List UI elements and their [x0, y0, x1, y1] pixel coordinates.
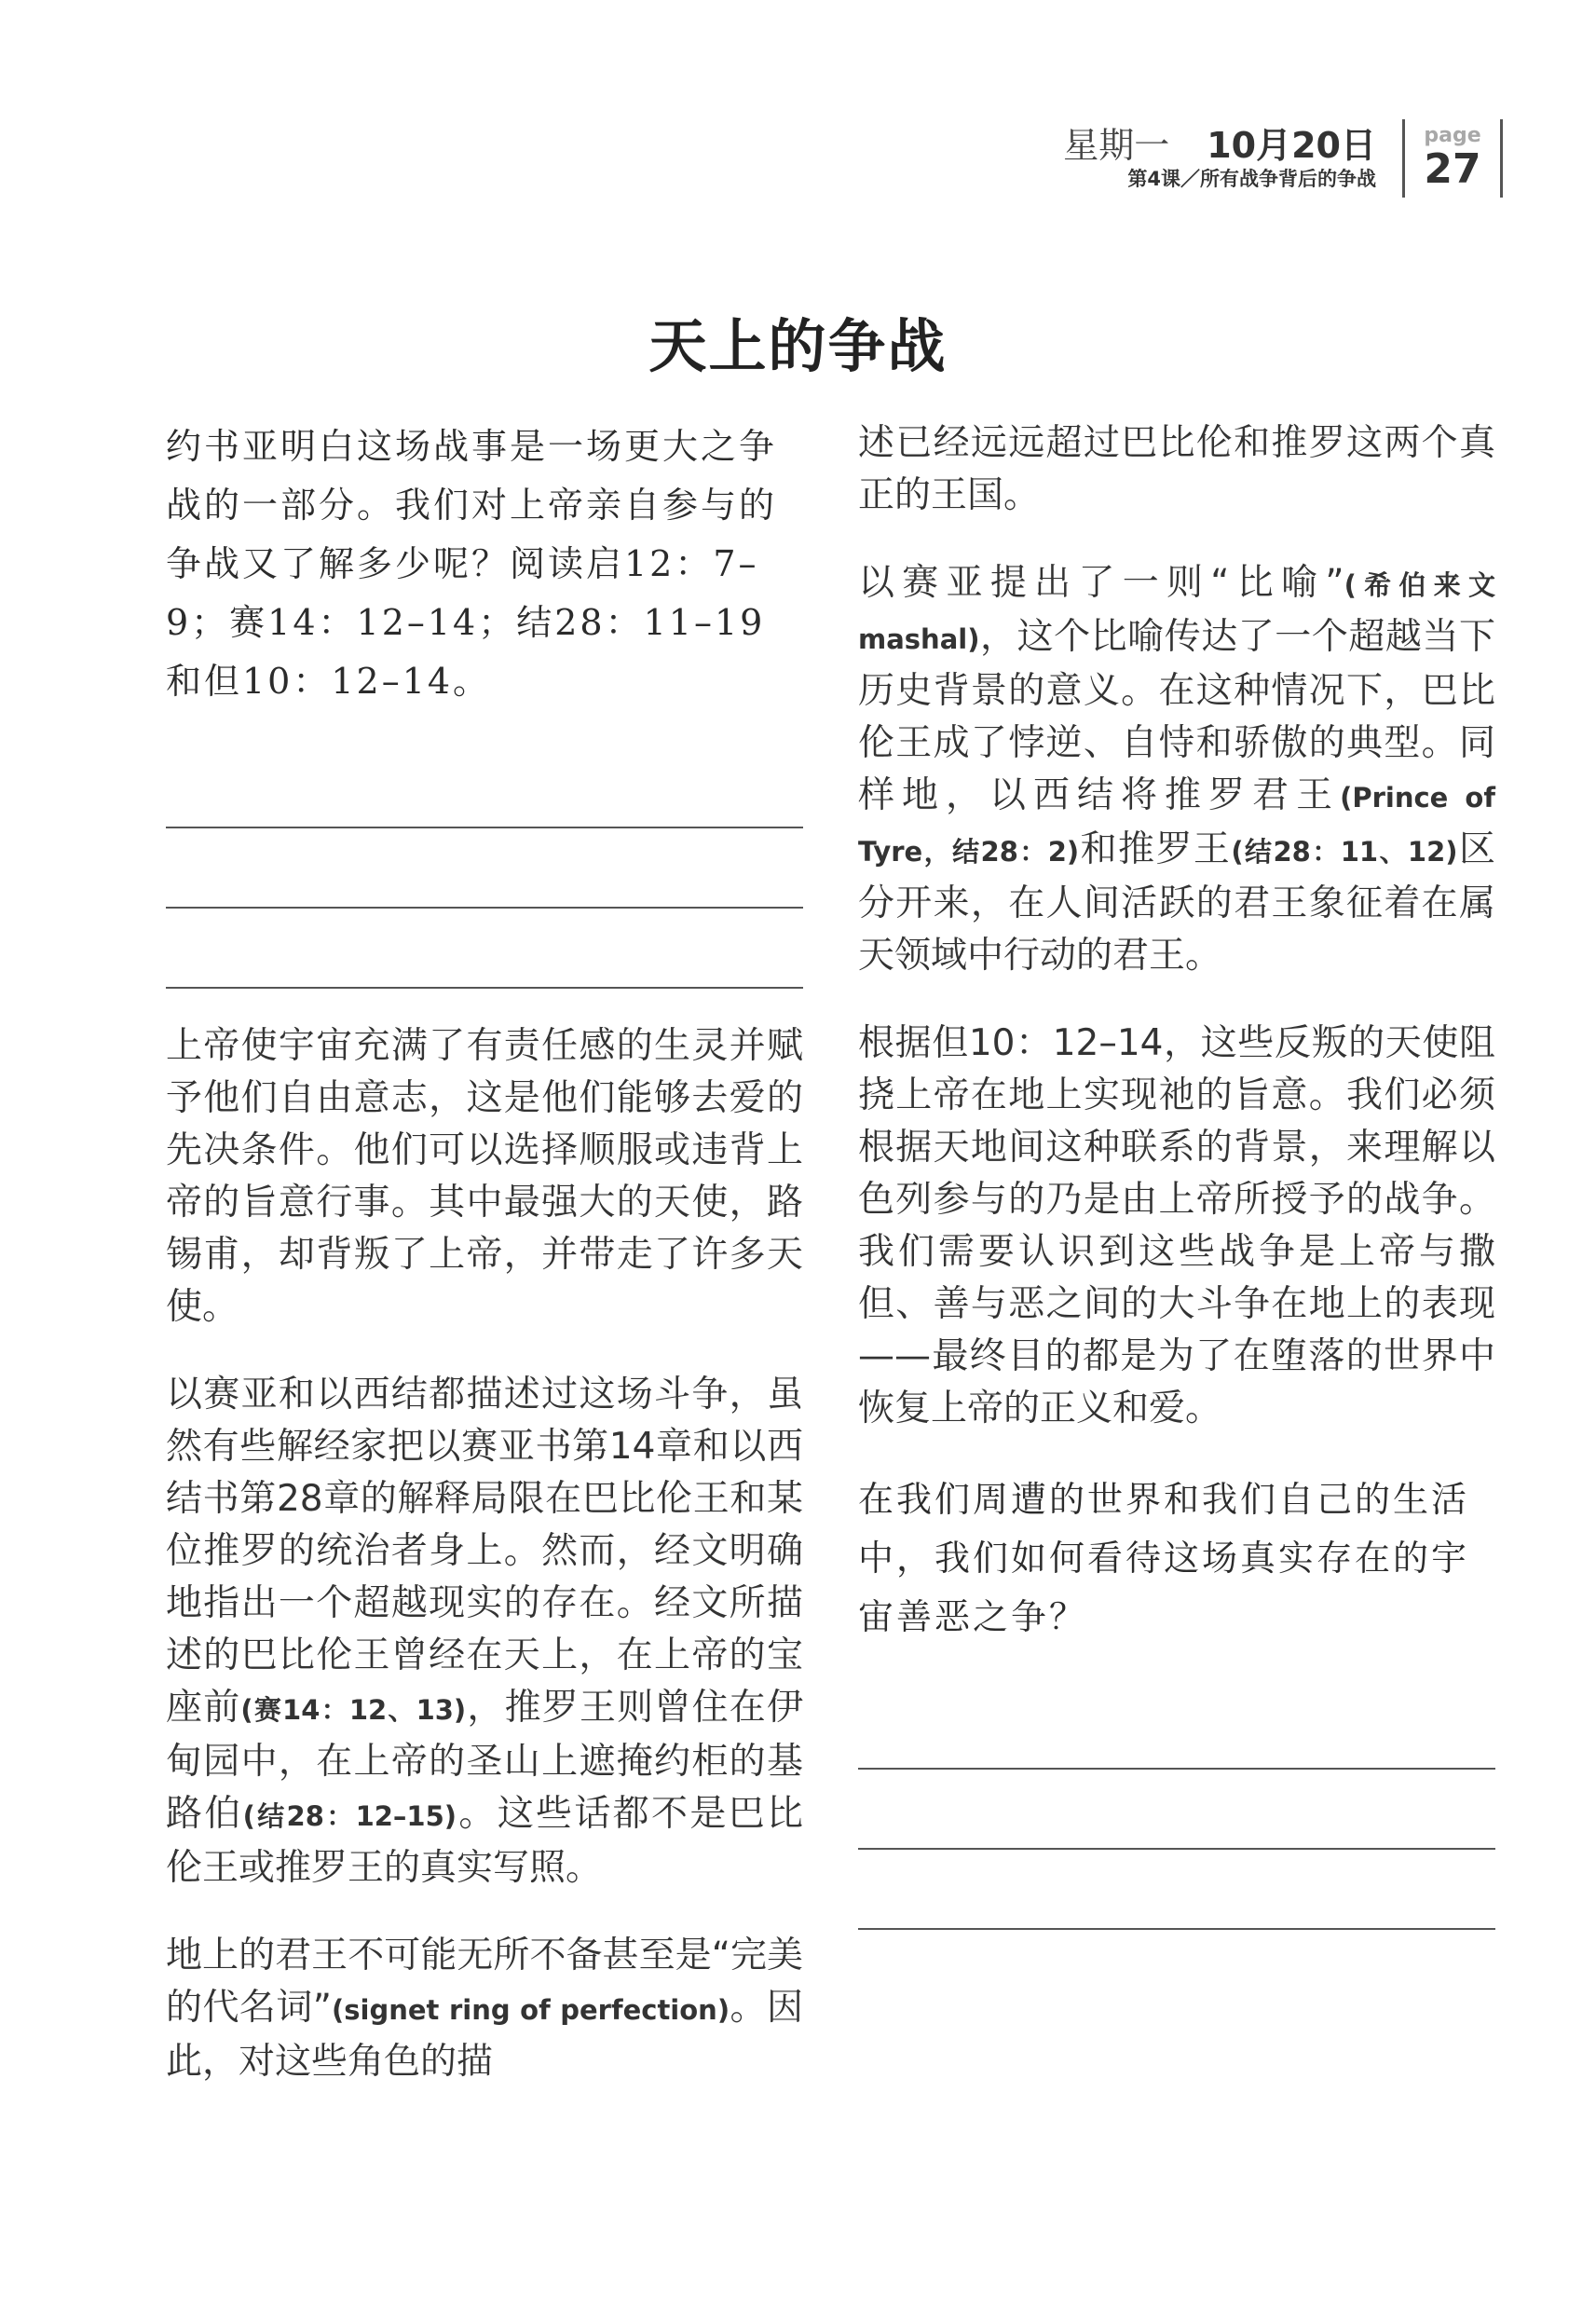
- scripture-reference: (结28：11、12): [1231, 836, 1457, 868]
- paragraph-text: 以赛亚提出了一则“比喻”: [858, 562, 1344, 604]
- header-page-block: page 27: [1405, 119, 1503, 198]
- body-paragraph: 以赛亚和以西结都描述过这场斗争，虽然有些解经家把以赛亚书第14章和以西结书第28…: [166, 1369, 803, 1894]
- reflection-question: 在我们周遭的世界和我们自己的生活中，我们如何看待这场真实存在的宇宙善恶之争？: [858, 1470, 1495, 1647]
- answer-line[interactable]: [166, 828, 803, 909]
- scripture-reference: (结28：12–15): [243, 1800, 457, 1832]
- page-number: 27: [1424, 147, 1480, 192]
- answer-line[interactable]: [166, 748, 803, 828]
- answer-line[interactable]: [858, 1850, 1495, 1930]
- answer-lines[interactable]: [858, 1689, 1495, 1930]
- body-paragraph: 根据但10：12–14，这些反叛的天使阻挠上帝在地上实现祂的旨意。我们必须根据天…: [858, 1018, 1495, 1435]
- scripture-reference: (赛14：12、13): [240, 1694, 466, 1726]
- body-paragraph: 地上的君王不可能无所不备甚至是“完美的代名词”(signet ring of p…: [166, 1930, 803, 2088]
- answer-lines[interactable]: [166, 748, 803, 989]
- header-weekday: 星期一: [1063, 125, 1169, 166]
- answer-line[interactable]: [166, 909, 803, 989]
- paragraph-text: 以赛亚和以西结都描述过这场斗争，虽然有些解经家把以赛亚书第14章和以西结书第28…: [166, 1374, 803, 1729]
- paragraph-text: 和推罗王: [1079, 828, 1231, 870]
- page-header: 星期一10月20日 第4课／所有战争背后的争战 page 27: [1063, 119, 1503, 198]
- page-title: 天上的争战: [0, 300, 1596, 383]
- answer-line[interactable]: [858, 1770, 1495, 1850]
- header-lesson-title: 第4课／所有战争背后的争战: [1063, 166, 1376, 192]
- body-paragraph: 上帝使宇宙充满了有责任感的生灵并赋予他们自由意志，这是他们能够去爱的先决条件。他…: [166, 1020, 803, 1333]
- header-date-line: 星期一10月20日: [1063, 125, 1376, 166]
- english-term: (signet ring of perfection): [332, 1994, 730, 2026]
- body-paragraph: 述已经远远超过巴比伦和推罗这两个真正的王国。: [858, 417, 1495, 522]
- header-date-block: 星期一10月20日 第4课／所有战争背后的争战: [1063, 119, 1405, 198]
- study-question: 约书亚明白这场战事是一场更大之争战的一部分。我们对上帝亲自参与的争战又了解多少呢…: [166, 417, 803, 711]
- header-date: 10月20日: [1207, 125, 1376, 166]
- left-column: 约书亚明白这场战事是一场更大之争战的一部分。我们对上帝亲自参与的争战又了解多少呢…: [166, 417, 803, 2124]
- right-column: 述已经远远超过巴比伦和推罗这两个真正的王国。 以赛亚提出了一则“比喻”(希伯来文…: [858, 417, 1495, 1930]
- body-paragraph: 以赛亚提出了一则“比喻”(希伯来文mashal)，这个比喻传达了一个超越当下历史…: [858, 557, 1495, 982]
- answer-line[interactable]: [858, 1689, 1495, 1770]
- page-label: page: [1424, 125, 1480, 147]
